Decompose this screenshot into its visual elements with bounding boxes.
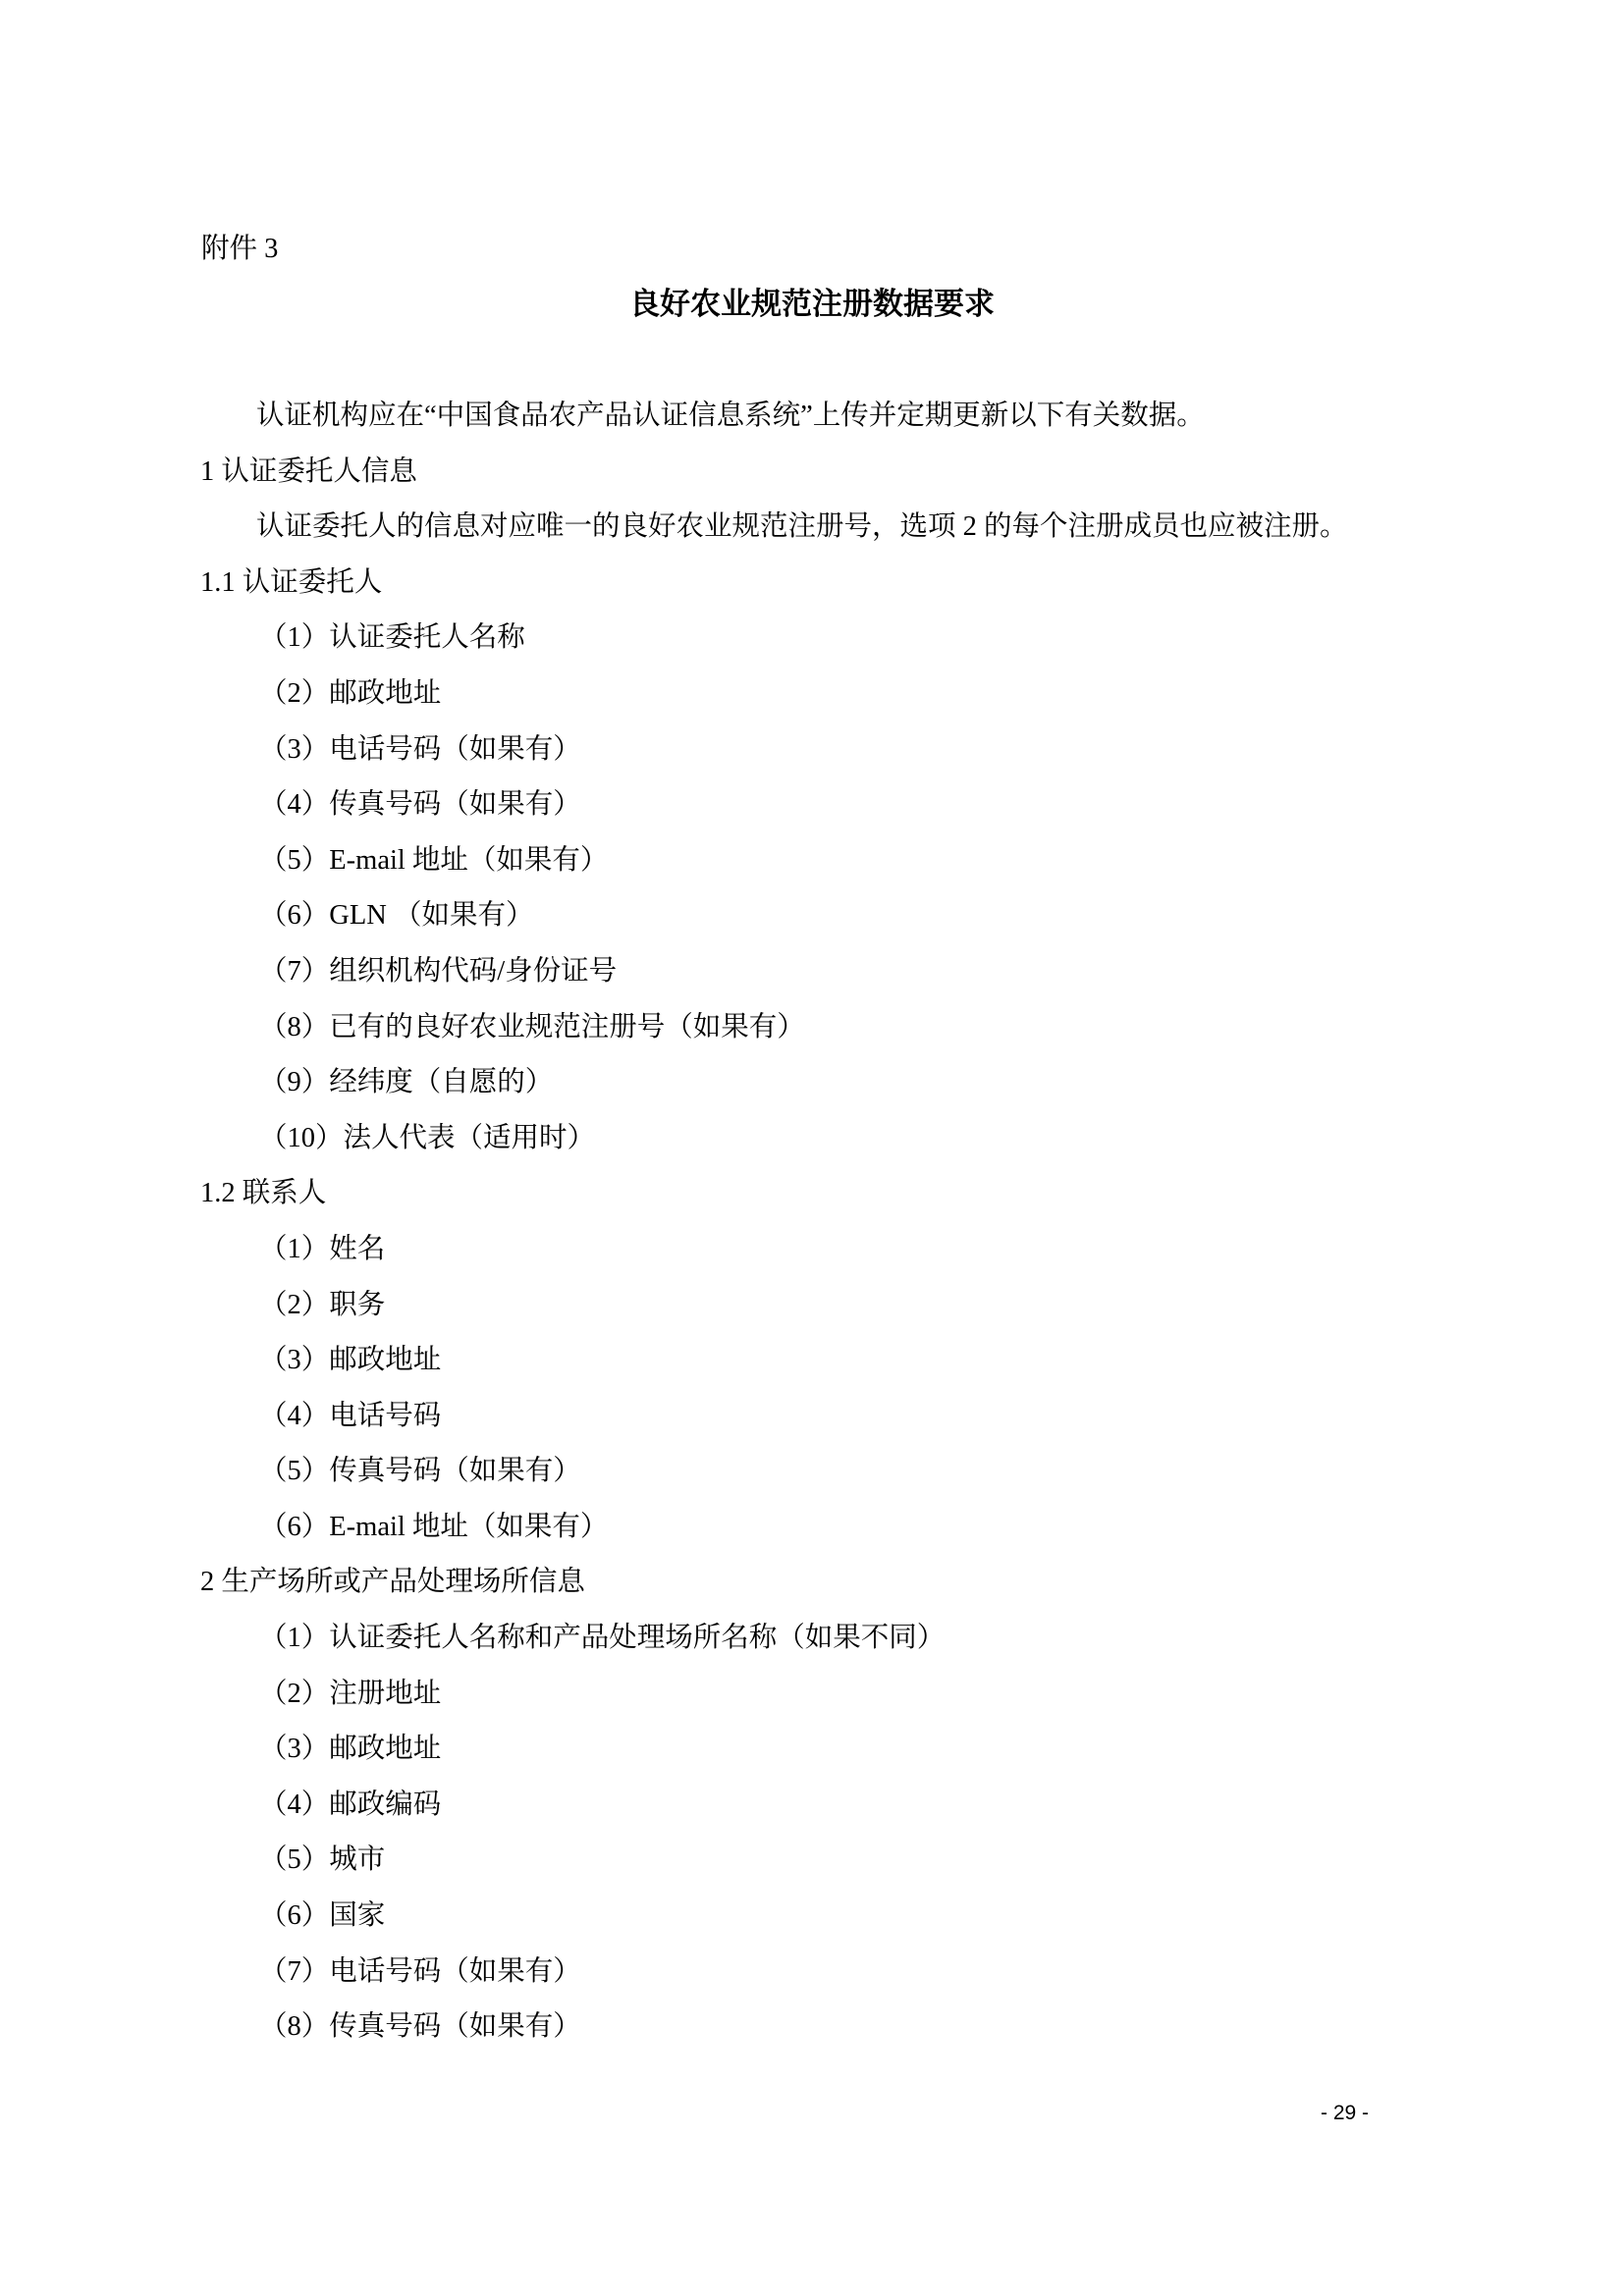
document-line-item: （8）已有的良好农业规范注册号（如果有） [200,1000,1477,1056]
document-line-item: （6）GLN （如果有） [200,888,1477,944]
document-line-item: （5）城市 [200,1833,1477,1889]
attachment-label: 附件 3 [201,234,278,265]
document-line-item: （1）姓名 [200,1222,1477,1278]
document-line-item: （5）传真号码（如果有） [200,1444,1477,1500]
document-line-para: 认证机构应在“中国食品农产品认证信息系统”上传并定期更新以下有关数据。 [200,389,1477,445]
document-line-item: （2）注册地址 [200,1667,1477,1723]
document-line-item: （7）电话号码（如果有） [200,1945,1477,2001]
document-line-item: （10）法人代表（适用时） [200,1111,1477,1167]
document-line-section: 1 认证委托人信息 [200,445,1477,501]
document-line-item: （1）认证委托人名称和产品处理场所名称（如果不同） [200,1611,1477,1667]
document-line-item: （8）传真号码（如果有） [200,2000,1477,2056]
document-line-item: （6）国家 [200,1889,1477,1945]
document-line-item: （2）邮政地址 [200,667,1477,722]
document-line-section: 1.2 联系人 [200,1166,1477,1222]
document-line-item: （4）邮政编码 [200,1778,1477,1834]
document-line-item: （3）电话号码（如果有） [200,722,1477,778]
document-line-item: （3）邮政地址 [200,1333,1477,1389]
document-page: 附件 3 良好农业规范注册数据要求 认证机构应在“中国食品农产品认证信息系统”上… [0,0,1624,2296]
page-title: 良好农业规范注册数据要求 [0,287,1624,322]
document-line-item: （1）认证委托人名称 [200,611,1477,667]
document-line-item: （4）电话号码 [200,1389,1477,1445]
document-line-item: （5）E-mail 地址（如果有） [200,833,1477,889]
document-line-item: （4）传真号码（如果有） [200,777,1477,833]
document-line-item: （3）邮政地址 [200,1722,1477,1778]
document-line-section: 2 生产场所或产品处理场所信息 [200,1555,1477,1611]
page-number: - 29 - [1321,2101,1369,2126]
document-line-item: （2）职务 [200,1278,1477,1334]
document-line-section: 1.1 认证委托人 [200,556,1477,612]
document-body: 认证机构应在“中国食品农产品认证信息系统”上传并定期更新以下有关数据。1 认证委… [200,389,1477,2056]
document-line-item: （7）组织机构代码/身份证号 [200,944,1477,1000]
document-line-item: （6）E-mail 地址（如果有） [200,1500,1477,1556]
document-line-item: （9）经纬度（自愿的） [200,1055,1477,1111]
document-line-para: 认证委托人的信息对应唯一的良好农业规范注册号，选项 2 的每个注册成员也应被注册… [200,500,1477,556]
